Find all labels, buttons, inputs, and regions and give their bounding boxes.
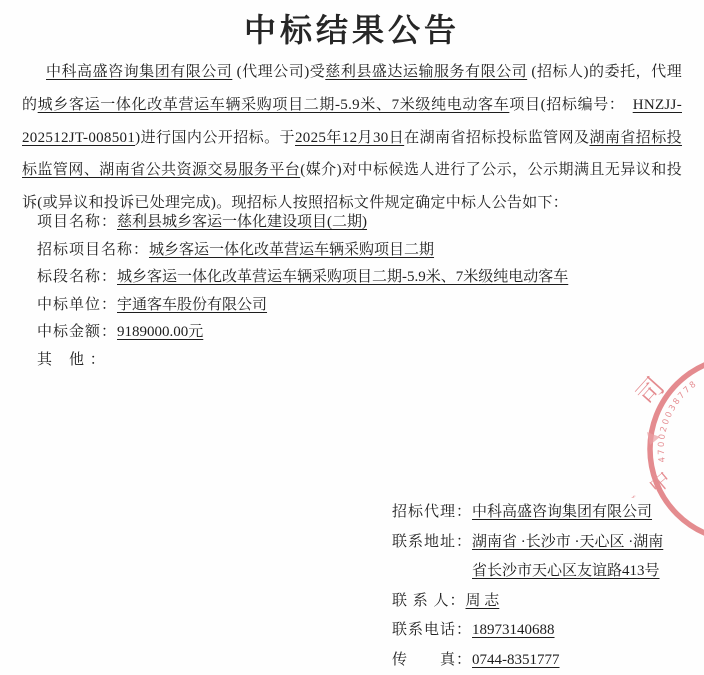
paragraph-segment: 慈利县盛达运输服务有限公司	[325, 64, 527, 80]
contact-label: 传 真：	[392, 646, 472, 675]
field-row-other: 其 他 ：	[37, 347, 677, 375]
paragraph-segment: 2025年12月30日	[295, 130, 404, 146]
field-label: 标段名称：	[37, 269, 117, 285]
contact-value: 0744-8351777	[472, 646, 692, 675]
paragraph-segment: 城乡客运一体化改革营运车辆采购项目二期-5.9米、7米级纯电动客车	[38, 97, 510, 113]
contact-value: 周 志	[466, 587, 692, 617]
page-title: 中标结果公告	[0, 5, 704, 51]
field-row-winning-amount: 中标金额：9189000.00元	[37, 319, 677, 347]
body-paragraph: 中科高盛咨询集团有限公司 (代理公司)受慈利县盛达运输服务有限公司 (招标人)的…	[22, 56, 682, 220]
result-fields: 项目名称：慈利县城乡客运一体化建设项目(二期) 招标项目名称：城乡客运一体化改革…	[37, 209, 677, 375]
paragraph-segment: 项目(招标编号：	[509, 97, 632, 113]
contact-block: 招标代理：中科高盛咨询集团有限公司 联系地址：湖南省 ·长沙市 ·天心区 ·湖南…	[392, 498, 692, 675]
field-label: 中标金额：	[37, 324, 117, 340]
contact-value: 18973140688	[472, 616, 692, 646]
seal-char-top: 司	[631, 372, 670, 411]
field-label: 项目名称：	[37, 214, 117, 230]
contact-value: 中科高盛咨询集团有限公司	[472, 498, 692, 528]
contact-label: 联系电话：	[392, 616, 472, 646]
contact-label: 联系地址：	[392, 528, 472, 558]
field-value: 宇通客车股份有限公司	[117, 297, 267, 313]
seal-star-tip	[647, 432, 660, 445]
contact-label: 招标代理：	[392, 498, 472, 528]
document-page: 中标结果公告 中科高盛咨询集团有限公司 (代理公司)受慈利县盛达运输服务有限公司…	[0, 0, 704, 675]
contact-row-agent: 招标代理：中科高盛咨询集团有限公司	[392, 498, 692, 528]
field-label: 招标项目名称：	[37, 242, 149, 258]
contact-value: 湖南省 ·长沙市 ·天心区 ·湖南	[472, 528, 692, 558]
field-row-tender-project-name: 招标项目名称：城乡客运一体化改革营运车辆采购项目二期	[37, 237, 677, 265]
contact-label: 联 系 人：	[392, 587, 466, 617]
paragraph-segment: (代理公司)受	[232, 64, 325, 80]
contact-row-person: 联 系 人：周 志	[392, 587, 692, 617]
seal-char-lower: 中	[644, 467, 676, 499]
contact-row-phone: 联系电话：18973140688	[392, 616, 692, 646]
field-value: 慈利县城乡客运一体化建设项目(二期)	[117, 214, 367, 230]
paragraph-segment: 中科高盛咨询集团有限公司	[46, 64, 232, 80]
contact-row-address: 联系地址：湖南省 ·长沙市 ·天心区 ·湖南省长沙市天心区友谊路413号	[392, 528, 692, 587]
field-value: 城乡客运一体化改革营运车辆采购项目二期-5.9米、7米级纯电动客车	[117, 269, 568, 285]
paragraph-segment: 在湖南省招标投标监管网及	[404, 130, 589, 146]
field-row-project-name: 项目名称：慈利县城乡客运一体化建设项目(二期)	[37, 209, 677, 237]
contact-value-line2: 省长沙市天心区友谊路413号	[472, 557, 692, 587]
contact-row-fax: 传 真：0744-8351777	[392, 646, 692, 675]
field-label: 其 他 ：	[37, 352, 106, 368]
seal-serial-digits: 470020038778	[657, 379, 700, 463]
field-label: 中标单位：	[37, 297, 117, 313]
field-row-winning-bidder: 中标单位：宇通客车股份有限公司	[37, 292, 677, 320]
paragraph-segment: )进行国内公开招标。于	[135, 130, 295, 146]
field-value: 9189000.00元	[117, 324, 203, 340]
field-row-section-name: 标段名称：城乡客运一体化改革营运车辆采购项目二期-5.9米、7米级纯电动客车	[37, 264, 677, 292]
field-value: 城乡客运一体化改革营运车辆采购项目二期	[149, 242, 434, 258]
svg-text:470020038778: 470020038778	[657, 379, 700, 463]
